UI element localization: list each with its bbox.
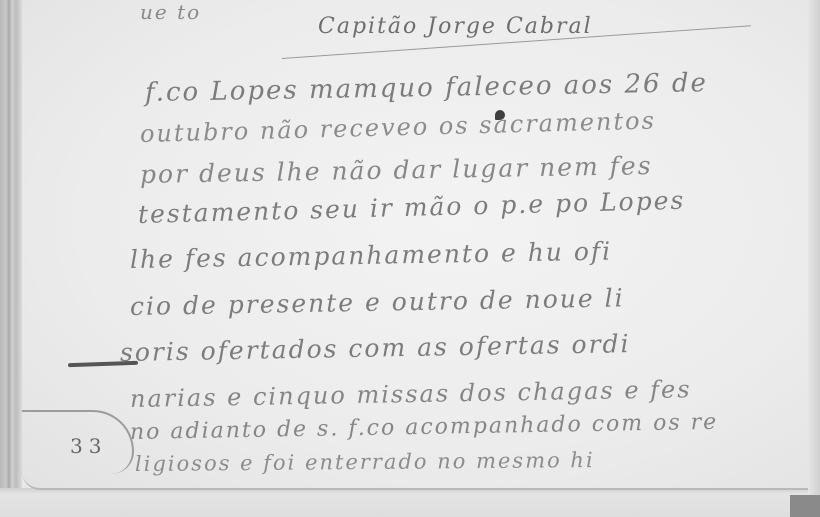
manuscript-scan: ue to Capitão Jorge Cabral f.co Lopes ma… [0,0,820,517]
top-fragment-text: ue to [140,0,201,24]
manuscript-line-10: ligiosos e foi enterrado no mesmo hi [135,448,595,476]
page-right-edge [808,0,820,517]
entry-heading: Capitão Jorge Cabral [318,14,593,39]
ink-blot [495,110,505,120]
scan-corner-shadow [790,495,820,517]
book-binding-gutter [0,0,22,517]
underlying-page-edge [0,488,820,517]
margin-note-number: 33 [70,434,107,458]
